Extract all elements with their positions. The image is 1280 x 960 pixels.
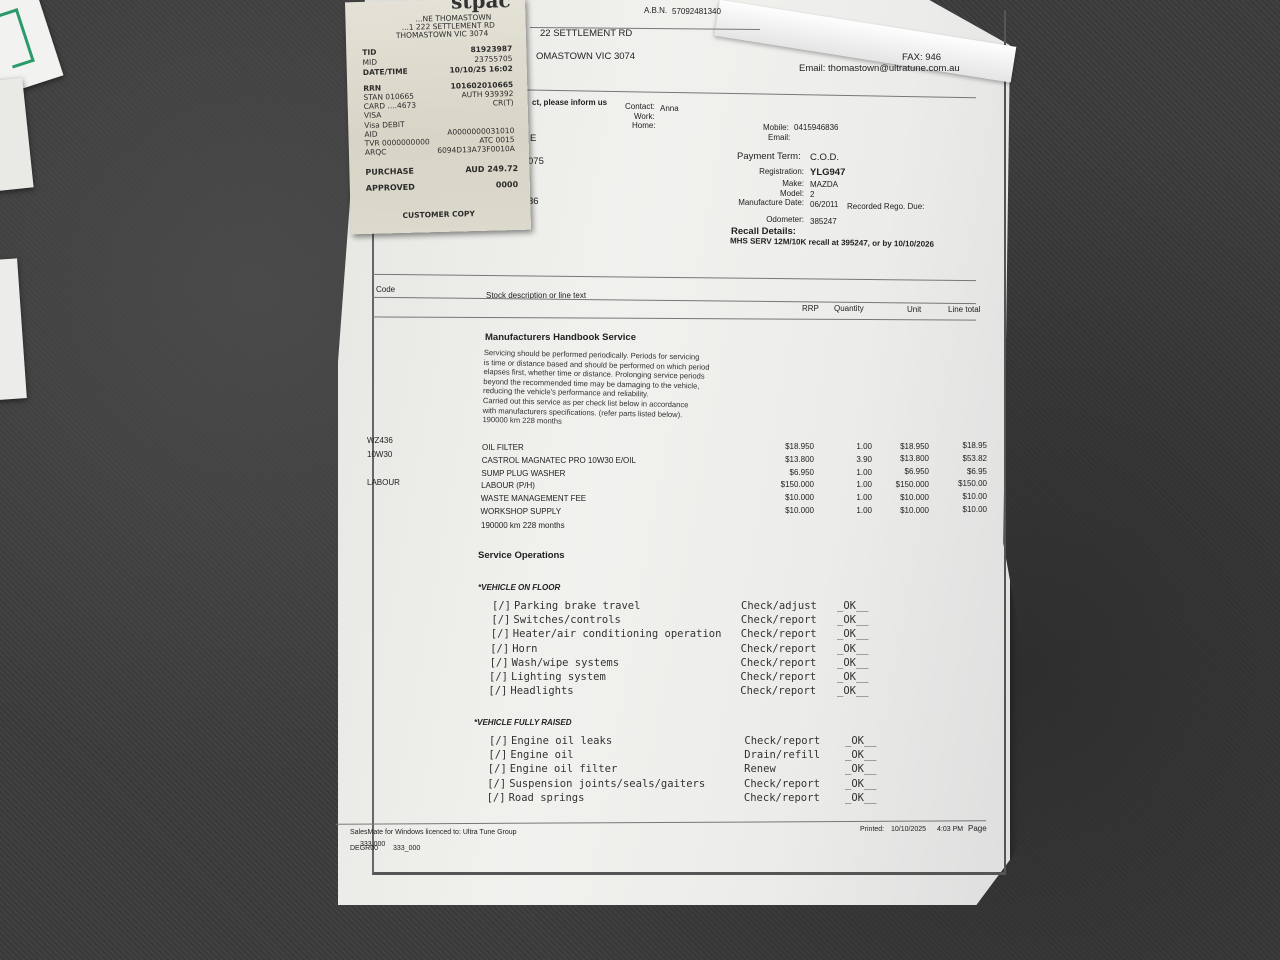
item-unit: $10.000 [869,506,929,515]
ops-checkbox: [/] [491,614,510,626]
contact-label: Contact: [625,102,655,111]
item-unit: $150.000 [869,480,929,489]
notice-text: ct, please inform us [532,98,607,107]
printed-label: Printed: [860,826,884,833]
item-unit: $13.800 [869,454,929,463]
ops-item-action: Check/report [740,671,816,683]
printed-time: 4:03 PM [937,826,963,833]
item-rrp: $150.000 [754,480,814,489]
item-quantity: 1.00 [812,442,872,451]
payment-term-value: C.O.D. [810,152,839,163]
item-line-total: $53.82 [927,454,987,463]
item-line-total: $6.95 [927,467,987,476]
ops-item-name: Lighting system [511,671,606,683]
odometer-value: 385247 [810,217,837,226]
contact-value: Anna [660,104,679,113]
item-line-total: $150.00 [927,479,987,488]
mobile-label: Mobile: [763,123,789,132]
header-qty: Quantity [834,304,864,313]
receipt-field-label: Visa DEBIT [364,120,405,130]
ops-checkbox: [/] [487,792,506,804]
ops-item-action: Check/report [741,614,817,626]
ops-checkbox: [/] [492,600,511,612]
ops-item-result: _OK__ [845,735,877,747]
items-footer: 190000 km 228 months [481,521,565,530]
item-quantity: 1.00 [812,480,872,489]
ops-item-action: Drain/refill [744,749,820,761]
item-unit: $18.950 [869,442,929,451]
ops-item-action: Check/report [744,735,820,747]
ops-checkbox: [/] [489,735,508,747]
make-label: Make: [700,179,804,188]
make-value: MAZDA [810,180,838,189]
abn-value: 57092481340 [672,7,721,16]
partial-text-1: E [530,133,536,144]
eftpos-receipt: stpac ...NE THOMASTOWN ...1 222 SETTLEME… [345,0,531,234]
receipt-field-value: 6094D13A73F0010A [437,144,515,155]
header-total: Line total [948,305,980,314]
ops-item-name: Heater/air conditioning operation [513,628,722,640]
item-code: WZ436 [367,436,393,445]
ops-item-name: Headlights [510,685,573,697]
item-description: WORKSHOP SUPPLY [481,507,562,516]
purchase-value: AUD 249.72 [465,164,518,174]
page-label: Page [968,824,987,833]
ops-item-action: Check/report [741,628,817,640]
service-title: Manufacturers Handbook Service [485,332,636,343]
item-description: CASTROL MAGNATEC PRO 10W30 E/OIL [482,456,636,465]
mobile-value: 0415946836 [794,123,839,132]
header-unit: Unit [907,305,921,314]
ops-item-action: Check/report [741,657,817,669]
receipt-field-label: TVR 0000000000 [365,137,430,148]
receipt-field-label: AID [364,130,377,139]
ops-section-title: *VEHICLE ON FLOOR [478,583,560,592]
footer-code-overprint: 333,000 [360,841,385,848]
ops-item-name: Switches/controls [513,614,620,626]
ops-checkbox: [/] [489,671,508,683]
purchase-label: PURCHASE [365,167,414,177]
shop-email: Email: thomastown@ultratune.com.au [799,63,960,74]
address-line2: OMASTOWN VIC 3074 [536,51,635,62]
recall-title: Recall Details: [731,226,796,237]
receipt-field-label: ARQC [365,147,387,157]
ops-item-result: _OK__ [845,763,877,775]
header-rrp: RRP [802,304,819,313]
approved-label: APPROVED [366,183,415,193]
item-line-total: $10.00 [927,492,987,501]
payment-term-label: Payment Term: [737,151,801,162]
ops-item-name: Suspension joints/seals/gaiters [509,778,705,790]
customer-email-label: Email: [768,133,790,142]
item-line-total: $18.95 [927,441,987,450]
item-rrp: $10.000 [754,506,814,515]
abn-label: A.B.N. [644,6,667,15]
merchant-line-3: THOMASTOWN VIC 3074 [396,29,489,40]
rego-due-label: Recorded Rego. Due: [847,202,924,211]
footer-code2: 333_000 [393,845,420,852]
work-label: Work: [634,112,655,121]
customer-copy: CUSTOMER COPY [402,209,474,220]
item-rrp: $6.950 [754,468,814,477]
receipt-field-label: TID [362,48,376,57]
receipt-field-label: CARD ....4673 [364,101,417,111]
item-rrp: $18.950 [754,442,814,451]
item-unit: $6.950 [869,467,929,476]
item-description: WASTE MANAGEMENT FEE [481,494,586,503]
ops-item-result: _OK__ [837,657,869,669]
ops-item-name: Horn [512,643,537,655]
receipt-field-value: 10/10/25 16:02 [449,64,512,75]
service-paragraph-line: 190000 km 228 months [482,415,562,426]
registration-label: Registration: [700,167,804,176]
item-quantity: 1.00 [812,468,872,477]
ops-item-action: Renew [744,763,776,775]
ops-item-name: Engine oil [510,749,573,761]
item-description: OIL FILTER [482,443,524,452]
item-quantity: 3.90 [812,455,872,464]
item-quantity: 1.00 [812,493,872,502]
ops-checkbox: [/] [487,778,506,790]
bank-logo: stpac [451,0,511,14]
ops-item-name: Parking brake travel [514,600,640,612]
item-code: 10W30 [367,450,392,459]
ops-item-name: Engine oil leaks [511,735,612,747]
manufacture-date-label: Manufacture Date: [700,198,804,207]
model-label: Model: [700,189,804,198]
item-rrp: $13.800 [754,455,814,464]
ops-checkbox: [/] [488,749,507,761]
footer-licence: SalesMate for Windows licenced to: Ultra… [350,829,517,836]
ops-item-name: Engine oil filter [510,763,617,775]
ops-item-name: Wash/wipe systems [512,657,619,669]
ops-item-result: _OK__ [837,685,869,697]
odometer-label: Odometer: [700,215,804,224]
receipt-field-value: CR(T) [493,98,514,108]
receipt-field-label: VISA [364,110,382,119]
item-code: LABOUR [367,478,400,487]
ops-checkbox: [/] [490,643,509,655]
item-description: LABOUR (P/H) [481,481,535,490]
model-value: 2 [810,190,814,199]
home-label: Home: [632,121,656,130]
item-unit: $10.000 [869,493,929,502]
item-rrp: $10.000 [754,493,814,502]
approved-value: 0000 [496,180,518,190]
ops-item-action: Check/report [744,778,820,790]
ops-item-result: _OK__ [837,628,869,640]
printed-date: 10/10/2025 [891,826,926,833]
side-paper-middle [0,78,34,192]
green-mark [0,8,35,68]
ops-item-name: Road springs [509,792,585,804]
ops-item-result: _OK__ [845,749,877,761]
header-code: Code [376,285,395,294]
item-description: SUMP PLUG WASHER [481,469,565,478]
ops-item-result: _OK__ [845,792,877,804]
registration-value: YLG947 [810,167,845,178]
receipt-field-value: 81923987 [470,44,512,54]
ops-section-title: *VEHICLE FULLY RAISED [474,718,572,727]
ops-item-action: Check/report [740,685,816,697]
receipt-field-label: RRN [363,83,381,92]
receipt-field-value: 23755705 [474,54,512,64]
ops-item-action: Check/report [744,792,820,804]
receipt-field-label: DATE/TIME [363,67,408,77]
address-line1: 22 SETTLEMENT RD [540,28,632,39]
item-line-total: $10.00 [927,505,987,514]
ops-item-result: _OK__ [837,600,869,612]
ops-item-result: _OK__ [837,671,869,683]
ops-checkbox: [/] [491,628,510,640]
ops-title: Service Operations [478,550,565,561]
ops-checkbox: [/] [490,657,509,669]
partial-text-2: 075 [528,156,544,167]
ops-item-result: _OK__ [837,643,869,655]
ops-item-action: Check/report [741,643,817,655]
item-quantity: 1.00 [812,506,872,515]
fax: FAX: 946 [902,52,941,63]
ops-item-action: Check/adjust [741,600,817,612]
side-paper-bottom [0,258,27,401]
ops-item-result: _OK__ [837,614,869,626]
ops-checkbox: [/] [488,763,507,775]
ops-item-result: _OK__ [845,778,877,790]
manufacture-date-value: 06/2011 [810,200,838,209]
ops-checkbox: [/] [488,685,507,697]
receipt-field-label: MID [362,58,377,67]
